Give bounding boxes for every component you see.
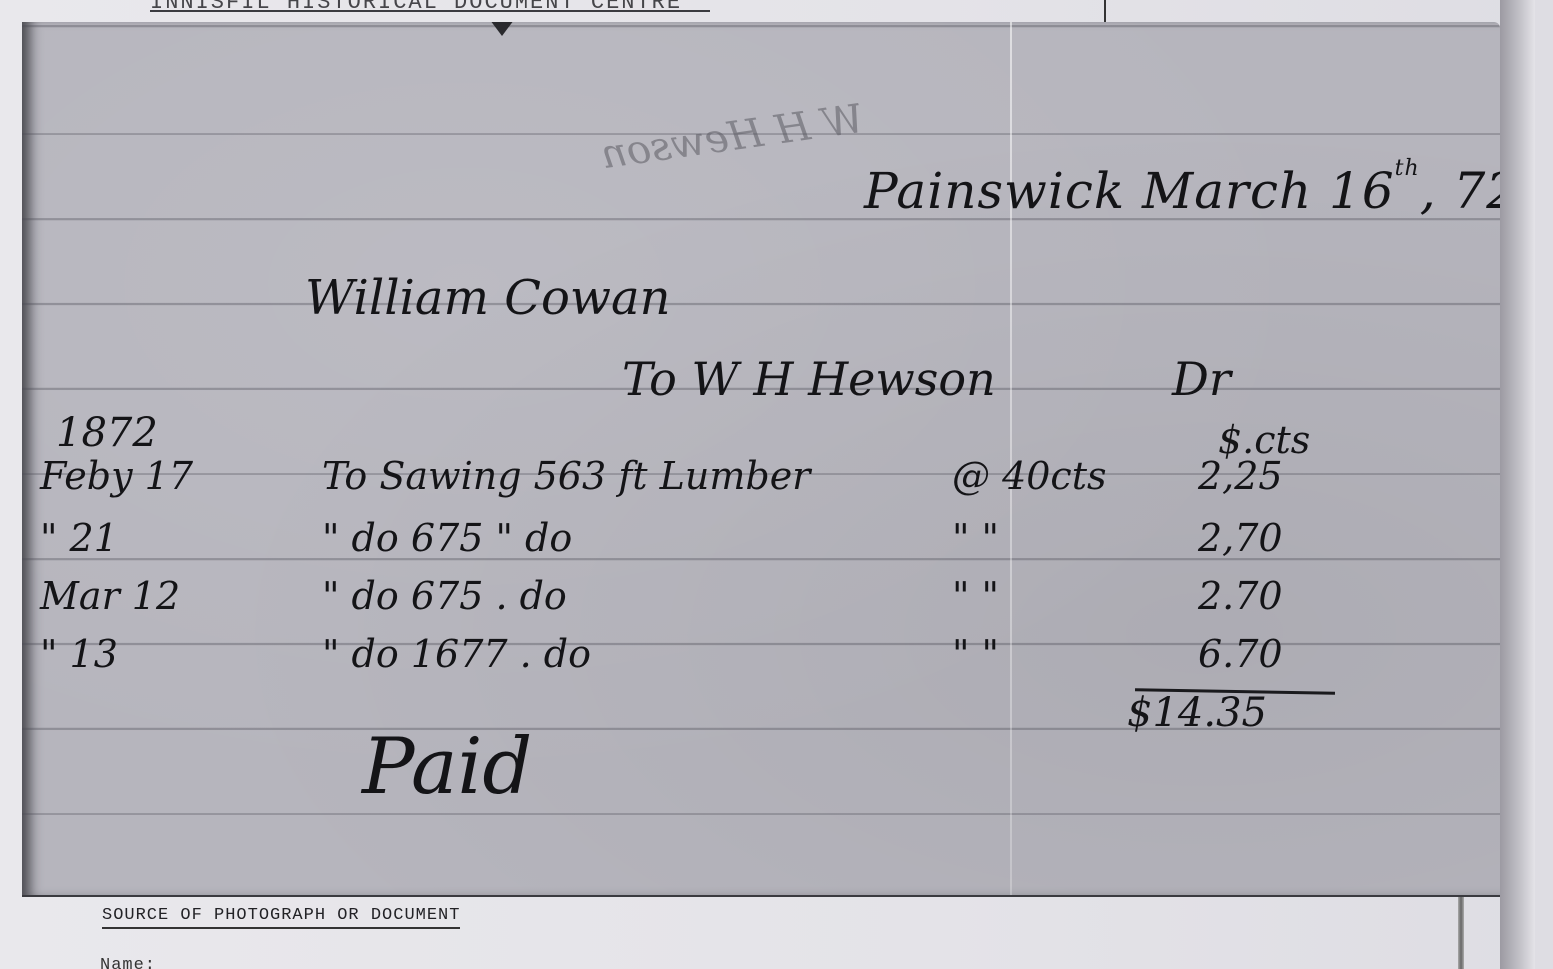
ledger-row: Mar 12 " do 675 . do " " 2.70: [22, 574, 1500, 634]
row-date: " 21: [40, 516, 118, 560]
row-description: " do 1677 . do: [322, 632, 591, 676]
total-amount: $14.35: [1127, 690, 1267, 736]
date-separator: ,: [1420, 162, 1454, 220]
row-amount: 2,70: [1198, 516, 1283, 560]
row-amount: 6.70: [1198, 632, 1283, 676]
place-date-text: Painswick March 16: [864, 162, 1395, 220]
page-edge-shadow: [1500, 0, 1535, 969]
ledger-row: " 13 " do 1677 . do " " 6.70: [22, 632, 1500, 692]
place-date: Painswick March 16th, 72: [864, 162, 1500, 220]
name-label: Name:: [100, 956, 156, 969]
year-short: 72: [1453, 162, 1500, 220]
archive-header-rule: [150, 10, 710, 12]
row-description: To Sawing 563 ft Lumber: [322, 454, 810, 498]
paper-notch: [490, 22, 514, 36]
row-date: Feby 17: [40, 454, 193, 498]
debit-label: Dr: [1172, 352, 1231, 406]
row-description: " do 675 . do: [322, 574, 567, 618]
row-rate: @ 40cts: [952, 454, 1107, 498]
row-rate: " ": [952, 516, 999, 560]
row-description: " do 675 " do: [322, 516, 572, 560]
source-label: SOURCE OF PHOTOGRAPH OR DOCUMENT: [102, 906, 460, 929]
row-amount: 2.70: [1198, 574, 1283, 618]
form-divider-bottom: [1458, 895, 1464, 969]
row-date: Mar 12: [40, 574, 180, 618]
ledger-year: 1872: [56, 410, 158, 456]
payer-name: William Cowan: [305, 270, 671, 326]
receipt-paper: W H Hewson Painswick March 16th, 72 Will…: [22, 22, 1500, 895]
archive-header: INNISFIL HISTORICAL DOCUMENT CENTRE: [150, 0, 682, 15]
row-rate: " ": [952, 574, 999, 618]
ledger-row: Feby 17 To Sawing 563 ft Lumber @ 40cts …: [22, 454, 1500, 514]
ledger-row: " 21 " do 675 " do " " 2,70: [22, 516, 1500, 576]
paid-signature: Paid: [362, 722, 532, 812]
row-date: " 13: [40, 632, 118, 676]
row-rate: " ": [952, 632, 999, 676]
date-suffix: th: [1395, 156, 1420, 181]
row-amount: 2,25: [1198, 454, 1283, 498]
form-divider-top: [1104, 0, 1106, 24]
payee-name: To W H Hewson: [622, 352, 996, 406]
